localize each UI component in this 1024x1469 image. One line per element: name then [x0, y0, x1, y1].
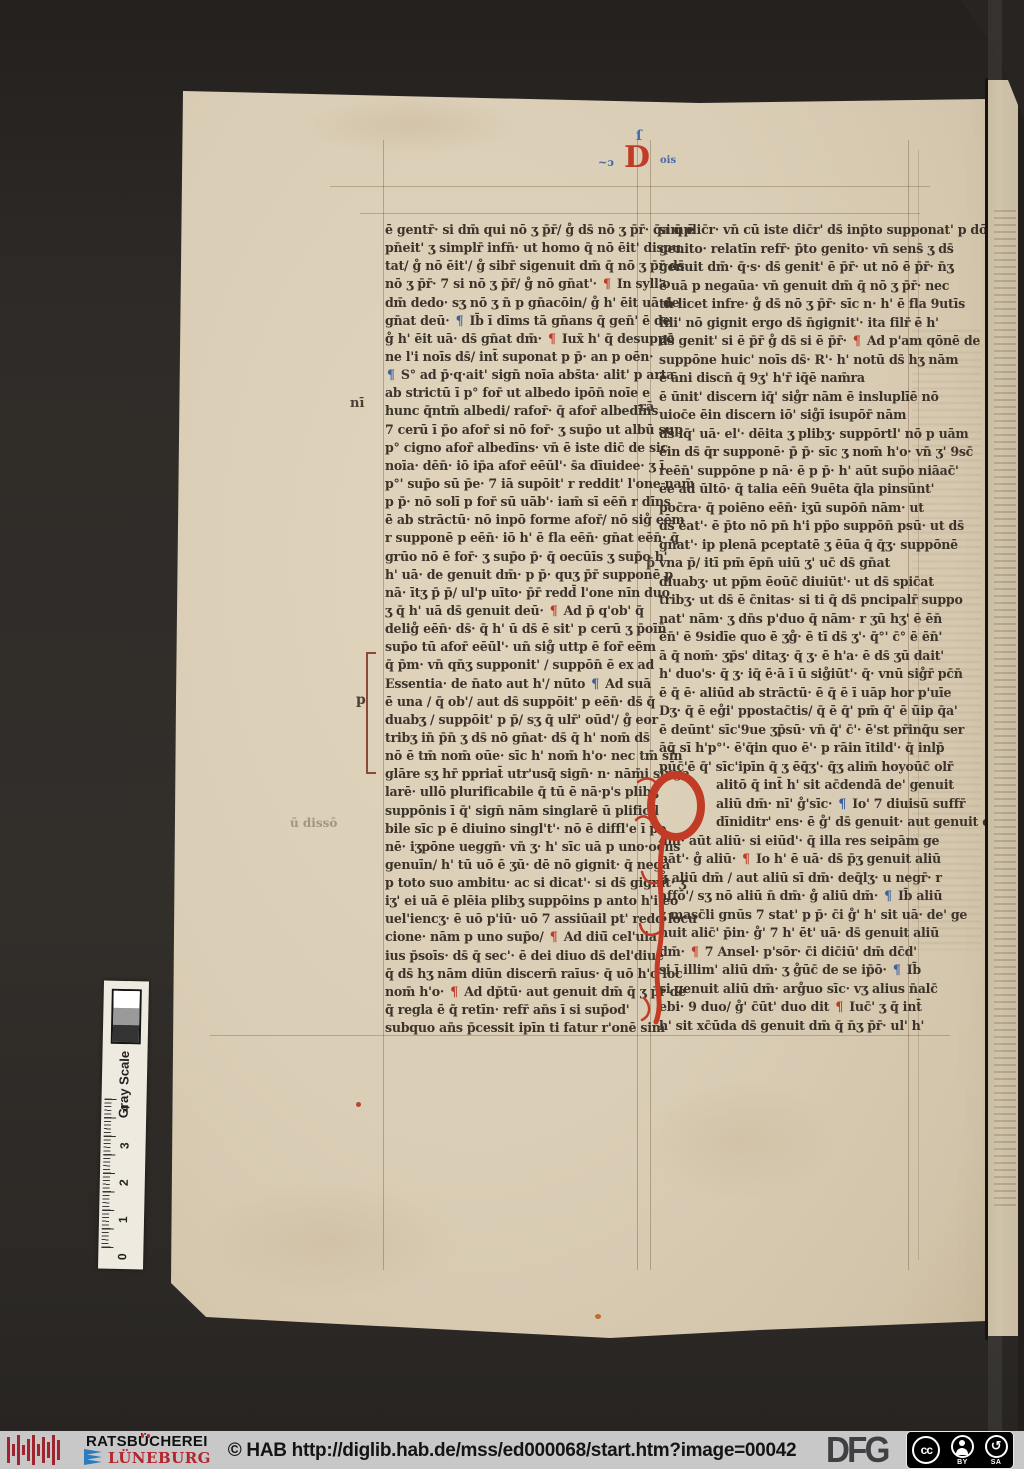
- text-line: nā· ītʒ p̄ p̄/ ul'p uīto· p̄r̄ redd̄ l'o…: [385, 584, 697, 602]
- margin-note: nī: [350, 396, 364, 411]
- cc-license-badge: cc BY ↺ SA: [906, 1431, 1014, 1469]
- text-line: tribʒ in̄ p̄n̄ ʒ ds̄ nō gn̄at· ds̄ q̄ h'…: [385, 729, 697, 747]
- blue-pilcrow-icon: ¶: [385, 367, 397, 382]
- person-icon: [951, 1435, 974, 1458]
- glass-reflection: [988, 0, 1002, 1431]
- red-pilcrow-icon: ¶: [740, 851, 752, 866]
- patch-white: [113, 991, 139, 1009]
- ruler-numbers: 43210: [104, 981, 149, 982]
- header-flourish-right: ois: [660, 155, 676, 166]
- gray-scale-ruler: Gray Scale 43210: [98, 981, 149, 1270]
- red-pilcrow-icon: ¶: [833, 999, 845, 1014]
- dfg-logo: DFG: [826, 1429, 888, 1469]
- ruler-number: 0: [115, 1244, 129, 1260]
- backdrop-edge: [1018, 0, 1024, 1431]
- text-line: p°' sup̄o sū p̄e· 7 iā supōit' r reddit'…: [385, 475, 697, 493]
- parchment-stain: [300, 95, 520, 155]
- cc-by-item: BY: [951, 1435, 974, 1466]
- by-label: BY: [957, 1459, 968, 1466]
- gray-scale-patches: [111, 989, 142, 1045]
- patch-black: [113, 1025, 139, 1043]
- red-pilcrow-icon: ¶: [851, 333, 863, 348]
- margin-note: p̄: [646, 556, 655, 571]
- text-line: ¶ S° ad p̄·q·ait' sign̄ noīa abs̄ta· ali…: [385, 366, 697, 384]
- cc-icon: cc: [912, 1436, 940, 1464]
- text-line: ʒ q̄ h' uā ds̄ genuit deū· ¶ Ad p̄ q'ob'…: [385, 602, 697, 620]
- blue-pilcrow-icon: ¶: [454, 313, 466, 328]
- text-line: ē gentr̄· si dm̄ qui nō ʒ p̄r̄/ g̊ ds̄ n…: [385, 221, 697, 239]
- margin-note: rā: [639, 400, 654, 415]
- margin-note: p: [356, 692, 366, 708]
- text-line: pn̄eit' ʒ simplr̄ infn̄· ut homo q̄ nō ē…: [385, 239, 697, 257]
- red-pilcrow-icon: ¶: [548, 929, 560, 944]
- text-line: p p̄· nō solī p for̄ sū uāb'· iam̄ sī eē…: [385, 493, 697, 511]
- ruler-number: 2: [117, 1170, 131, 1186]
- blue-pilcrow-icon: ¶: [891, 962, 903, 977]
- gray-scale-label: Gray Scale: [116, 1044, 133, 1124]
- cc-sa-item: ↺ SA: [985, 1435, 1008, 1466]
- red-pilcrow-icon: ¶: [448, 984, 460, 999]
- parchment-stain: [640, 1080, 840, 1200]
- text-line: nō ʒ p̄r̄· 7 si nō ʒ p̄r̄/ g̊ nō gn̄at'·…: [385, 275, 697, 293]
- text-line: sup̄o tū afor̄ eēūl'· un̄ sig̊ uttp ē fo…: [385, 638, 697, 656]
- share-alike-icon: ↺: [985, 1435, 1008, 1458]
- red-pilcrow-icon: ¶: [601, 276, 613, 291]
- footer-bar: RATSBÜCHEREI LÜNEBURG © HAB http://digli…: [0, 1431, 1024, 1469]
- text-line: simplic̄r· vn̄ cū iste dic̄r' ds̄ inp̄to…: [659, 221, 1011, 240]
- ruling-line: [360, 213, 920, 214]
- ruling-line: [330, 186, 930, 187]
- text-line: duabʒ / suppōit' p p̄/ sʒ q̄ ulr̄' oūd'/…: [385, 711, 697, 729]
- text-line: 7 cerū ī p̄o afor̄ si nō for̄· ʒ sup̄o u…: [385, 421, 697, 439]
- ink-speck: [595, 1314, 601, 1319]
- ruler-number: 1: [116, 1207, 130, 1223]
- text-line: dm̄ dedo· sʒ nō ʒ n̄ p gn̄acōin/ g̊ h' ē…: [385, 294, 697, 312]
- blue-pilcrow-icon: ¶: [882, 888, 894, 903]
- red-pilcrow-icon: ¶: [546, 331, 558, 346]
- show-through-text: [912, 330, 982, 950]
- patch-gray: [113, 1008, 139, 1026]
- header-flourish-left: ~ɔ: [598, 156, 614, 169]
- ruling-line: [383, 140, 384, 1270]
- header-initial: D: [624, 143, 650, 173]
- ruler-number: 3: [117, 1133, 131, 1149]
- text-line: ē ab strāctū· nō inpō forme afor̄/ nō si…: [385, 511, 697, 529]
- umlaut-accent: [141, 1434, 151, 1439]
- text-line: gn̄at deū· ¶ Ib̄ ī dīms tā gn̄ans q̄ gen…: [385, 312, 697, 330]
- text-line: tat/ g̊ nō ēit'/ g̊ sibr̄ sigenuit dm̄ q…: [385, 257, 697, 275]
- digitized-manuscript-viewer: ~ɔ ſ D ois ē gentr̄· si dm̄ qui nō ʒ p̄r…: [0, 0, 1024, 1469]
- text-line: ē una / q̄ ob'/ aut ds̄ suppōit' p eēn̄·…: [385, 693, 697, 711]
- text-line: g̊ h' ēit uā· ds̄ gn̄at dm̄· ¶ Iux̄ h' q…: [385, 330, 697, 348]
- ruler-number: 4: [118, 1096, 132, 1112]
- blue-pilcrow-icon: ¶: [836, 796, 848, 811]
- text-line: ne l'i noīs ds̄/ int̄ suponat p p̄· an p…: [385, 348, 697, 366]
- text-line: tn̄ licet infre· g̊ ds̄ nō ʒ p̄r̄· sīc n…: [659, 295, 1011, 314]
- text-line: Essentia· de n̄ato aut h'/ nūto ¶ Ad suā: [385, 675, 697, 693]
- margin-note: ū dissō: [290, 816, 337, 830]
- text-line: genuit dm̄· q̄·s· ds̄ genit' ē p̄r̄· ut …: [659, 258, 1011, 277]
- text-line: r supponē p eēn̄· iō h' ē fla eēn̄· gn̄a…: [385, 529, 697, 547]
- decorated-initial-Q: [630, 762, 740, 1032]
- ink-speck: [356, 1102, 361, 1107]
- sa-label: SA: [991, 1459, 1002, 1466]
- red-pilcrow-icon: ¶: [548, 603, 560, 618]
- blue-pilcrow-icon: ¶: [589, 676, 601, 691]
- text-line: delig̊ eēn̄· ds̄· q̄ h' ū ds̄ ē sit' p c…: [385, 620, 697, 638]
- text-line: q̄ p̄m· vn̄ qn̄ʒ supponit' / suppōn̄ ē e…: [385, 656, 697, 674]
- text-line: genito· relatīn refr̄· p̄to genito· vn̄ …: [659, 240, 1011, 259]
- parchment-stain: [200, 1180, 460, 1300]
- text-line: ē uā p negaūa· vn̄ genuit dm̄ q̄ nō ʒ p̄…: [659, 277, 1011, 296]
- text-line: p° cigno afor̄ albedīns· vn̄ ē iste dic̄…: [385, 439, 697, 457]
- text-brace: [366, 652, 376, 774]
- text-line: noīa· dēn̄· iō ip̄a afor̄ eēūl'· s̄a dīu…: [385, 457, 697, 475]
